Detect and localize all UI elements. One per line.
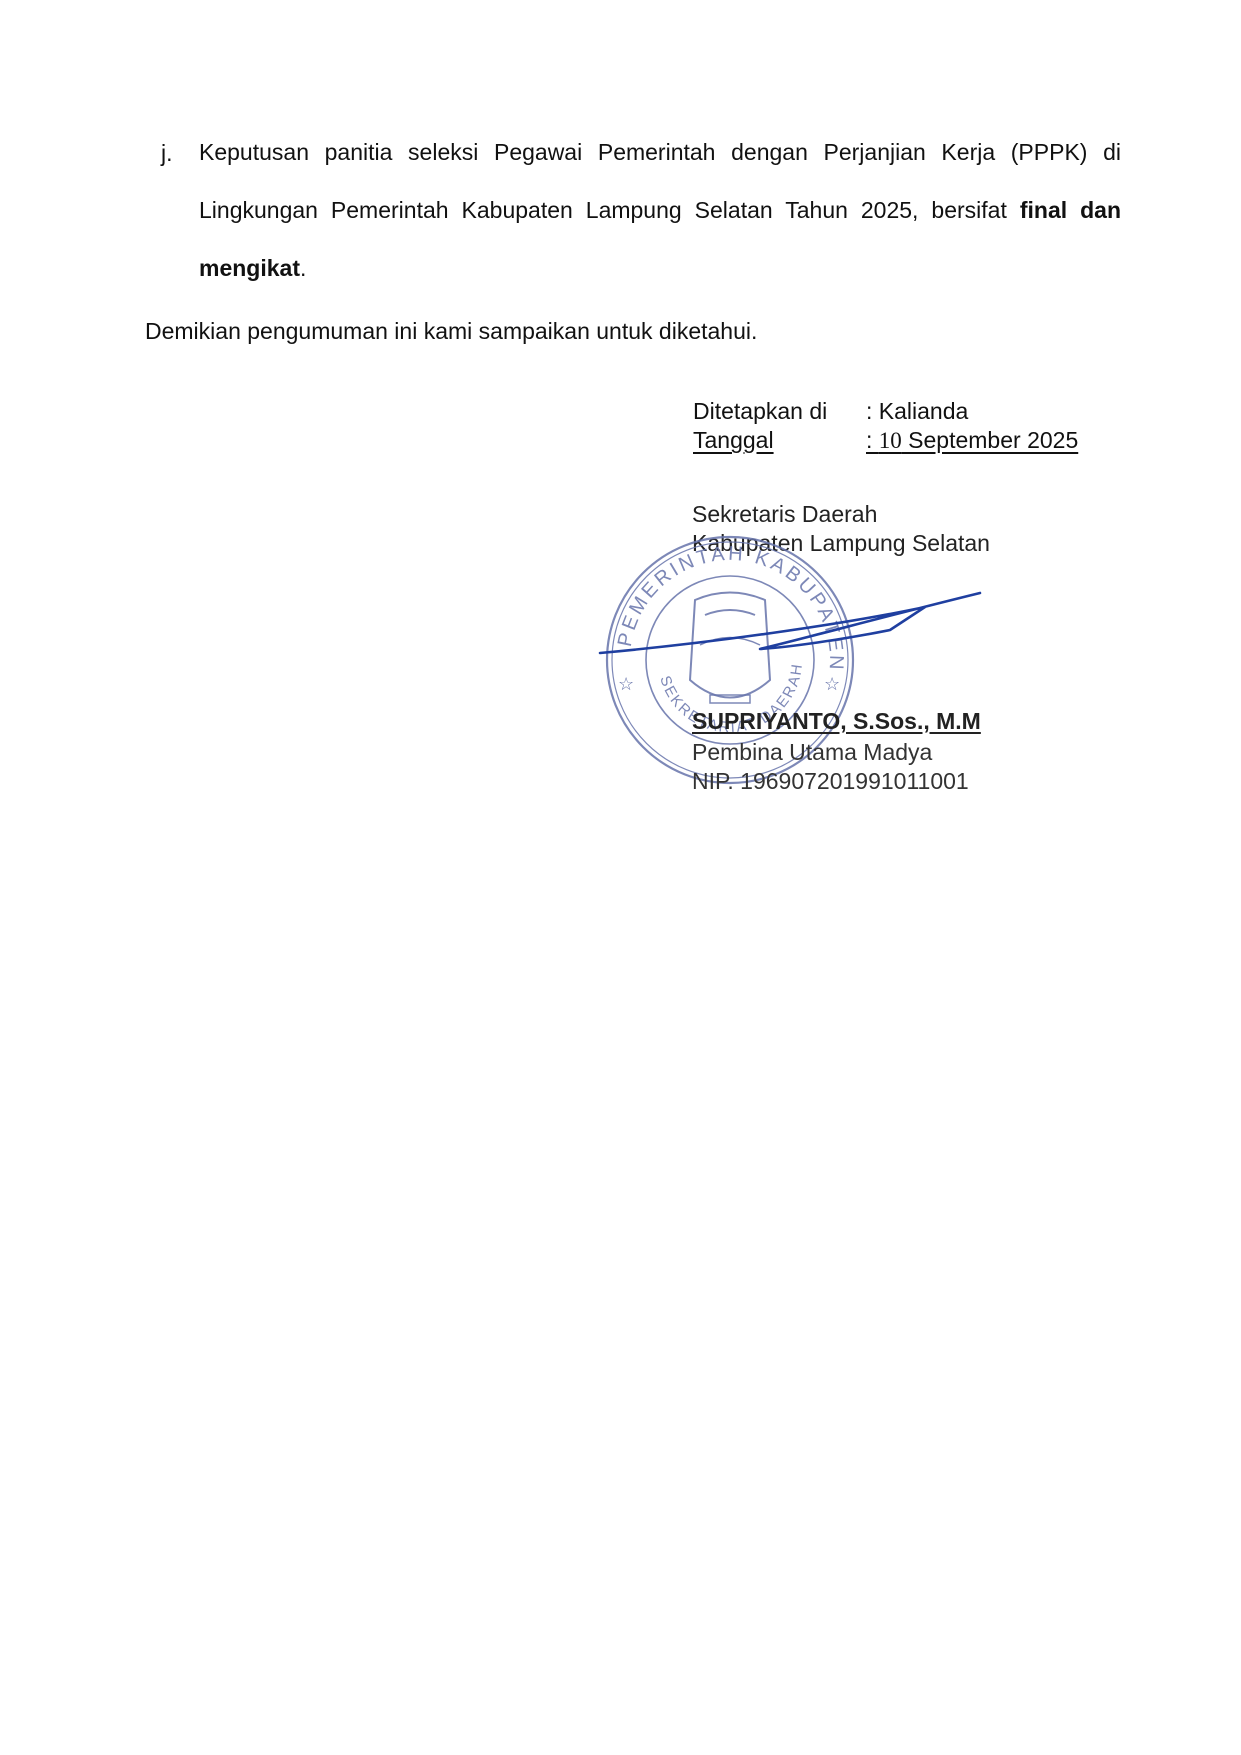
signatory-title: Sekretaris Daerah Kabupaten Lampung Sela… [692,500,990,558]
signatory-nip: NIP. 196907201991011001 [692,768,969,795]
place-row: Ditetapkan di : Kalianda [693,397,1078,426]
list-item-text: Keputusan panitia seleksi Pegawai Pemeri… [199,123,1121,297]
place-date-block: Ditetapkan di : Kalianda Tanggal : 10 Se… [693,397,1078,455]
svg-text:☆: ☆ [618,674,634,694]
handwritten-signature-icon [590,585,1010,685]
list-marker: j. [161,140,173,167]
svg-text:☆: ☆ [824,674,840,694]
signatory-name: SUPRIYANTO, S.Sos., M.M [692,708,981,735]
signatory-rank: Pembina Utama Madya [692,739,932,766]
date-row: Tanggal : 10 September 2025 [693,426,1078,455]
svg-text:PEMERINTAH KABUPATEN: PEMERINTAH KABUPATEN [614,543,847,673]
closing-statement: Demikian pengumuman ini kami sampaikan u… [145,318,757,345]
document-page: j. Keputusan panitia seleksi Pegawai Pem… [0,0,1241,1755]
